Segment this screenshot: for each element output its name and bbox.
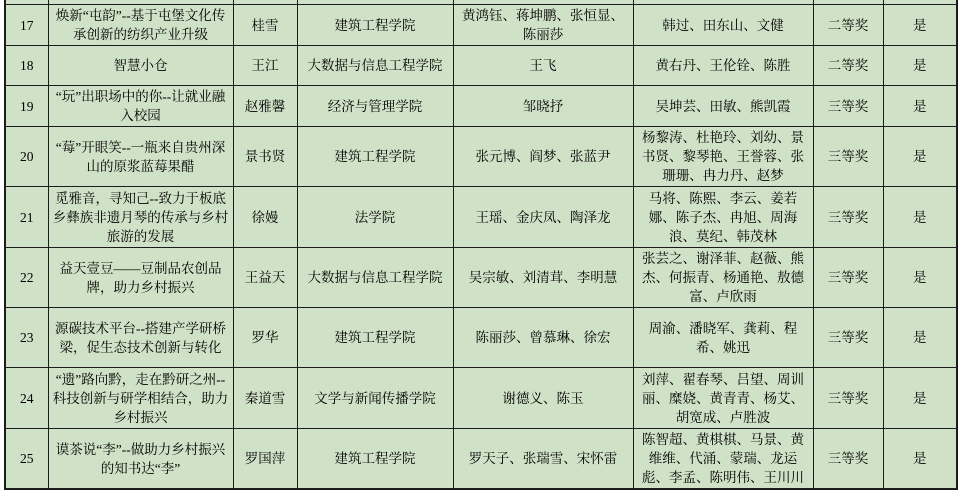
- serial-cell: 24: [5, 368, 48, 429]
- project-cell: 谟茶说“李”--做助力乡村振兴的知书达“李”: [48, 429, 233, 490]
- confirm-cell: 是: [883, 368, 957, 429]
- leader-cell: 桂雪: [233, 5, 297, 46]
- serial-cell: 19: [5, 86, 48, 127]
- award-table: 17 焕新“屯韵”--基于屯堡文化传承创新的纺织产业升级 桂雪 建筑工程学院 黄…: [4, 0, 958, 490]
- award-cell: 三等奖: [813, 368, 883, 429]
- members-cell: 陈丽莎、曾慕琳、徐宏: [453, 308, 633, 368]
- members-cell: 罗天子、张瑞雪、宋怀雷: [453, 429, 633, 490]
- advisors-cell: 周渝、潘晓军、龚莉、程希、姚迅: [633, 308, 813, 368]
- serial-cell: 25: [5, 429, 48, 490]
- confirm-cell: 是: [883, 46, 957, 86]
- award-cell: 三等奖: [813, 429, 883, 490]
- advisors-cell: 黄右丹、王伦铨、陈胜: [633, 46, 813, 86]
- members-cell: 王瑶、金庆凤、陶泽龙: [453, 187, 633, 248]
- advisors-cell: 陈智超、黄棋棋、马景、黄维维、代涌、蒙瑞、龙运彪、李孟、陈明伟、王川川: [633, 429, 813, 490]
- confirm-cell: 是: [883, 127, 957, 187]
- college-cell: 建筑工程学院: [297, 5, 453, 46]
- project-cell: “玩”出职场中的你--让就业融入校园: [48, 86, 233, 127]
- award-cell: 三等奖: [813, 187, 883, 248]
- college-cell: 经济与管理学院: [297, 86, 453, 127]
- leader-cell: 赵雅馨: [233, 86, 297, 127]
- leader-cell: 罗华: [233, 308, 297, 368]
- advisors-cell: 韩过、田东山、文健: [633, 5, 813, 46]
- members-cell: 邹晓抒: [453, 86, 633, 127]
- project-cell: 觅雅音，寻知己--致力于板底乡彝族非遗月琴的传承与乡村旅游的发展: [48, 187, 233, 248]
- project-cell: 源碳技术平台--搭建产学研桥梁，促生态技术创新与转化: [48, 308, 233, 368]
- college-cell: 建筑工程学院: [297, 308, 453, 368]
- confirm-cell: 是: [883, 308, 957, 368]
- leader-cell: 秦道雪: [233, 368, 297, 429]
- project-cell: 智慧小仓: [48, 46, 233, 86]
- project-cell: “莓”开眼笑--一瓶来自贵州深山的原浆蓝莓果醋: [48, 127, 233, 187]
- table-row: 20 “莓”开眼笑--一瓶来自贵州深山的原浆蓝莓果醋 景书贤 建筑工程学院 张元…: [5, 127, 957, 187]
- college-cell: 大数据与信息工程学院: [297, 46, 453, 86]
- advisors-cell: 张芸之、谢泽菲、赵薇、熊杰、何振青、杨通艳、敖德富、卢欣雨: [633, 248, 813, 308]
- award-cell: 二等奖: [813, 5, 883, 46]
- confirm-cell: 是: [883, 429, 957, 490]
- leader-cell: 景书贤: [233, 127, 297, 187]
- project-cell: 益天壹豆——豆制品农创品牌，助力乡村振兴: [48, 248, 233, 308]
- table-row: 18 智慧小仓 王江 大数据与信息工程学院 王飞 黄右丹、王伦铨、陈胜 二等奖 …: [5, 46, 957, 86]
- serial-cell: 18: [5, 46, 48, 86]
- college-cell: 建筑工程学院: [297, 127, 453, 187]
- advisors-cell: 吴坤芸、田敏、熊凯霞: [633, 86, 813, 127]
- table-row: 23 源碳技术平台--搭建产学研桥梁，促生态技术创新与转化 罗华 建筑工程学院 …: [5, 308, 957, 368]
- advisors-cell: 杨黎涛、杜艳玲、刘幼、景书贤、黎琴艳、王誉蓉、张珊珊、冉力丹、赵梦: [633, 127, 813, 187]
- table-row: 19 “玩”出职场中的你--让就业融入校园 赵雅馨 经济与管理学院 邹晓抒 吴坤…: [5, 86, 957, 127]
- advisors-cell: 刘萍、翟春琴、吕望、周训丽、糜娆、黄青青、杨艾、胡宽成、卢胜波: [633, 368, 813, 429]
- members-cell: 吴宗敏、刘清茸、李明慧: [453, 248, 633, 308]
- confirm-cell: 是: [883, 86, 957, 127]
- table-row: 21 觅雅音，寻知己--致力于板底乡彝族非遗月琴的传承与乡村旅游的发展 徐嫚 法…: [5, 187, 957, 248]
- members-cell: 张元博、阎梦、张蓝尹: [453, 127, 633, 187]
- college-cell: 大数据与信息工程学院: [297, 248, 453, 308]
- serial-cell: 17: [5, 5, 48, 46]
- table-row: 17 焕新“屯韵”--基于屯堡文化传承创新的纺织产业升级 桂雪 建筑工程学院 黄…: [5, 5, 957, 46]
- project-cell: “遗”路向黔，走在黔研之州--科技创新与研学相结合，助力乡村振兴: [48, 368, 233, 429]
- award-cell: 三等奖: [813, 86, 883, 127]
- spreadsheet-page: 17 焕新“屯韵”--基于屯堡文化传承创新的纺织产业升级 桂雪 建筑工程学院 黄…: [0, 0, 960, 494]
- award-cell: 三等奖: [813, 248, 883, 308]
- college-cell: 建筑工程学院: [297, 429, 453, 490]
- members-cell: 王飞: [453, 46, 633, 86]
- college-cell: 法学院: [297, 187, 453, 248]
- table-row: 25 谟茶说“李”--做助力乡村振兴的知书达“李” 罗国萍 建筑工程学院 罗天子…: [5, 429, 957, 490]
- serial-cell: 23: [5, 308, 48, 368]
- award-cell: 二等奖: [813, 46, 883, 86]
- advisors-cell: 马将、陈熙、李云、姜若娜、陈子杰、冉旭、周海浪、莫纪、韩茂林: [633, 187, 813, 248]
- serial-cell: 21: [5, 187, 48, 248]
- leader-cell: 徐嫚: [233, 187, 297, 248]
- confirm-cell: 是: [883, 248, 957, 308]
- college-cell: 文学与新闻传播学院: [297, 368, 453, 429]
- leader-cell: 罗国萍: [233, 429, 297, 490]
- members-cell: 黄鸿钰、蒋坤鹏、张恒显、陈丽莎: [453, 5, 633, 46]
- leader-cell: 王江: [233, 46, 297, 86]
- table-row: 24 “遗”路向黔，走在黔研之州--科技创新与研学相结合，助力乡村振兴 秦道雪 …: [5, 368, 957, 429]
- project-cell: 焕新“屯韵”--基于屯堡文化传承创新的纺织产业升级: [48, 5, 233, 46]
- serial-cell: 20: [5, 127, 48, 187]
- confirm-cell: 是: [883, 5, 957, 46]
- table-row: 22 益天壹豆——豆制品农创品牌，助力乡村振兴 王益天 大数据与信息工程学院 吴…: [5, 248, 957, 308]
- award-cell: 三等奖: [813, 308, 883, 368]
- leader-cell: 王益天: [233, 248, 297, 308]
- confirm-cell: 是: [883, 187, 957, 248]
- serial-cell: 22: [5, 248, 48, 308]
- award-cell: 三等奖: [813, 127, 883, 187]
- members-cell: 谢德义、陈玉: [453, 368, 633, 429]
